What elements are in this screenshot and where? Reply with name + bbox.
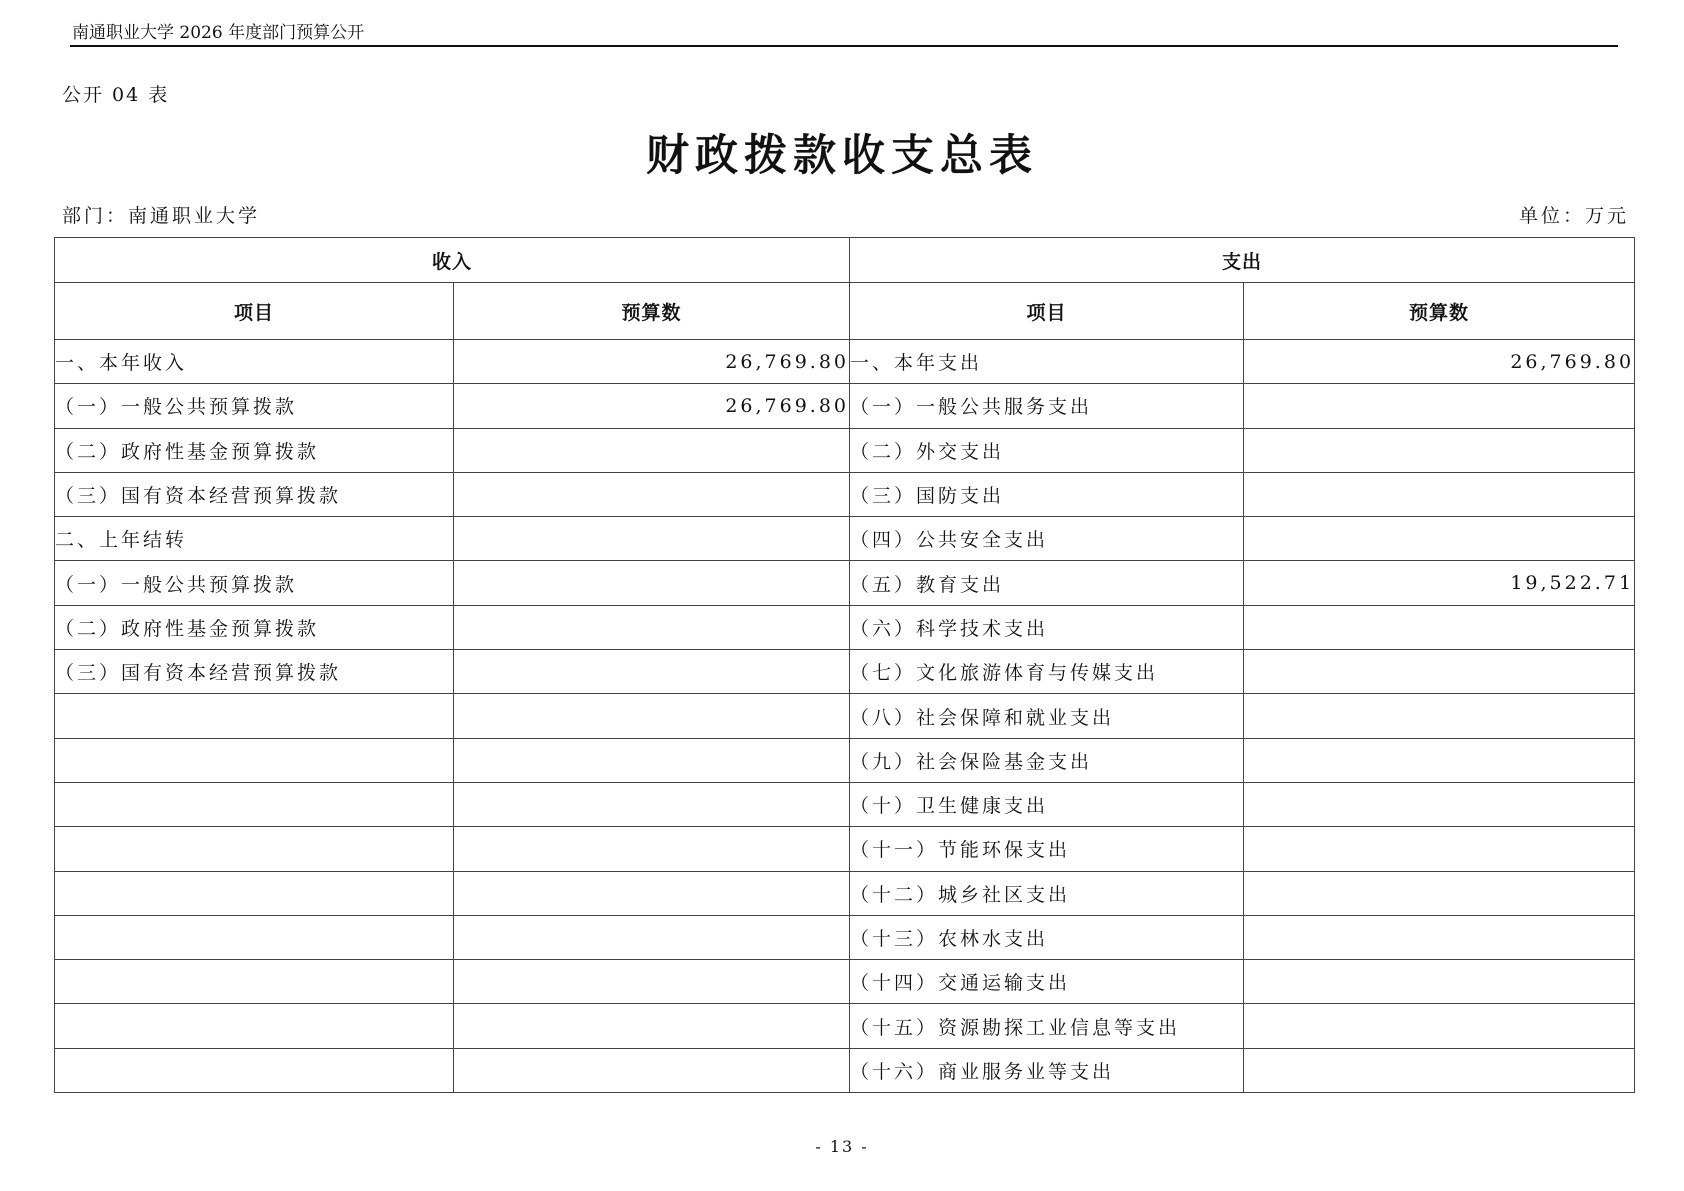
expense-amount-cell [1244,782,1635,826]
expense-item-cell: 一、本年支出 [850,340,1244,384]
income-amount-cell [454,605,850,649]
income-amount-cell [454,428,850,472]
table-row: 一、本年收入26,769.80一、本年支出26,769.80 [55,340,1635,384]
income-item-cell [55,738,454,782]
expense-item-cell: （五）教育支出 [850,561,1244,605]
expense-item-cell: （一）一般公共服务支出 [850,384,1244,428]
income-amount-cell: 26,769.80 [454,340,850,384]
income-item-cell: （一）一般公共预算拨款 [55,561,454,605]
table-row: （十六）商业服务业等支出 [55,1048,1635,1092]
expense-amount-cell [1244,1004,1635,1048]
table-row: （一）一般公共预算拨款26,769.80（一）一般公共服务支出 [55,384,1635,428]
income-amount-cell: 26,769.80 [454,384,850,428]
income-amount-cell [454,694,850,738]
income-item-cell: （一）一般公共预算拨款 [55,384,454,428]
table-row: （八）社会保障和就业支出 [55,694,1635,738]
table-row: （二）政府性基金预算拨款（六）科学技术支出 [55,605,1635,649]
expense-amount-cell [1244,428,1635,472]
expense-item-cell: （十四）交通运输支出 [850,960,1244,1004]
table-row: （九）社会保险基金支出 [55,738,1635,782]
income-amount-cell [454,782,850,826]
expense-item-cell: （六）科学技术支出 [850,605,1244,649]
expense-amount-cell [1244,694,1635,738]
income-item-cell: 二、上年结转 [55,517,454,561]
income-item-cell [55,782,454,826]
table-row: （十）卫生健康支出 [55,782,1635,826]
income-amount-cell [454,871,850,915]
expense-item-cell: （四）公共安全支出 [850,517,1244,561]
table-number-label: 公开 04 表 [62,80,169,107]
expense-amount-cell [1244,871,1635,915]
expense-amount-cell [1244,960,1635,1004]
income-item-cell: （三）国有资本经营预算拨款 [55,472,454,516]
income-amount-cell [454,517,850,561]
expense-item-cell: （八）社会保障和就业支出 [850,694,1244,738]
expense-item-cell: （十三）农林水支出 [850,915,1244,959]
expense-item-cell: （十二）城乡社区支出 [850,871,1244,915]
budget-summary-table: 收入 支出 项目 预算数 项目 预算数 一、本年收入26,769.80一、本年支… [54,237,1635,1093]
expense-amount-cell [1244,472,1635,516]
table-row: （十一）节能环保支出 [55,827,1635,871]
income-amount-cell [454,650,850,694]
table-row: （二）政府性基金预算拨款（二）外交支出 [55,428,1635,472]
expense-group-header: 支出 [850,238,1635,283]
income-item-column-header: 项目 [55,283,454,340]
expense-amount-cell [1244,915,1635,959]
income-item-cell [55,827,454,871]
income-amount-column-header: 预算数 [454,283,850,340]
group-header-row: 收入 支出 [55,238,1635,283]
page-title: 财政拨款收支总表 [0,122,1684,183]
expense-item-cell: （二）外交支出 [850,428,1244,472]
income-amount-cell [454,1004,850,1048]
income-group-header: 收入 [55,238,850,283]
column-header-row: 项目 预算数 项目 预算数 [55,283,1635,340]
expense-item-cell: （十一）节能环保支出 [850,827,1244,871]
income-amount-cell [454,1048,850,1092]
expense-amount-cell [1244,1048,1635,1092]
expense-amount-column-header: 预算数 [1244,283,1635,340]
income-item-cell [55,960,454,1004]
table-row: （三）国有资本经营预算拨款（七）文化旅游体育与传媒支出 [55,650,1635,694]
expense-item-cell: （十六）商业服务业等支出 [850,1048,1244,1092]
table-row: （十五）资源勘探工业信息等支出 [55,1004,1635,1048]
expense-item-cell: （三）国防支出 [850,472,1244,516]
table-row: （三）国有资本经营预算拨款（三）国防支出 [55,472,1635,516]
expense-item-cell: （七）文化旅游体育与传媒支出 [850,650,1244,694]
expense-item-cell: （十五）资源勘探工业信息等支出 [850,1004,1244,1048]
expense-item-column-header: 项目 [850,283,1244,340]
table-row: （十三）农林水支出 [55,915,1635,959]
income-item-cell [55,871,454,915]
income-amount-cell [454,960,850,1004]
table-row: 二、上年结转（四）公共安全支出 [55,517,1635,561]
running-header-title: 南通职业大学 2026 年度部门预算公开 [72,18,364,43]
income-item-cell [55,694,454,738]
expense-item-cell: （十）卫生健康支出 [850,782,1244,826]
income-item-cell: （二）政府性基金预算拨款 [55,605,454,649]
expense-amount-cell [1244,384,1635,428]
income-item-cell: 一、本年收入 [55,340,454,384]
table-row: （一）一般公共预算拨款（五）教育支出19,522.71 [55,561,1635,605]
table-row: （十二）城乡社区支出 [55,871,1635,915]
expense-amount-cell: 26,769.80 [1244,340,1635,384]
unit-label: 单位：万元 [1519,201,1629,228]
expense-amount-cell [1244,605,1635,649]
expense-amount-cell [1244,827,1635,871]
expense-amount-cell [1244,650,1635,694]
table-body: 一、本年收入26,769.80一、本年支出26,769.80（一）一般公共预算拨… [55,340,1635,1093]
income-item-cell [55,1048,454,1092]
department-label: 部门：南通职业大学 [62,201,260,228]
income-item-cell [55,915,454,959]
header-divider [70,45,1618,47]
income-amount-cell [454,915,850,959]
expense-amount-cell: 19,522.71 [1244,561,1635,605]
table-row: （十四）交通运输支出 [55,960,1635,1004]
income-item-cell [55,1004,454,1048]
income-amount-cell [454,827,850,871]
income-item-cell: （三）国有资本经营预算拨款 [55,650,454,694]
income-amount-cell [454,738,850,782]
expense-amount-cell [1244,517,1635,561]
page-number: - 13 - [0,1137,1684,1156]
expense-item-cell: （九）社会保险基金支出 [850,738,1244,782]
income-amount-cell [454,472,850,516]
income-amount-cell [454,561,850,605]
income-item-cell: （二）政府性基金预算拨款 [55,428,454,472]
expense-amount-cell [1244,738,1635,782]
